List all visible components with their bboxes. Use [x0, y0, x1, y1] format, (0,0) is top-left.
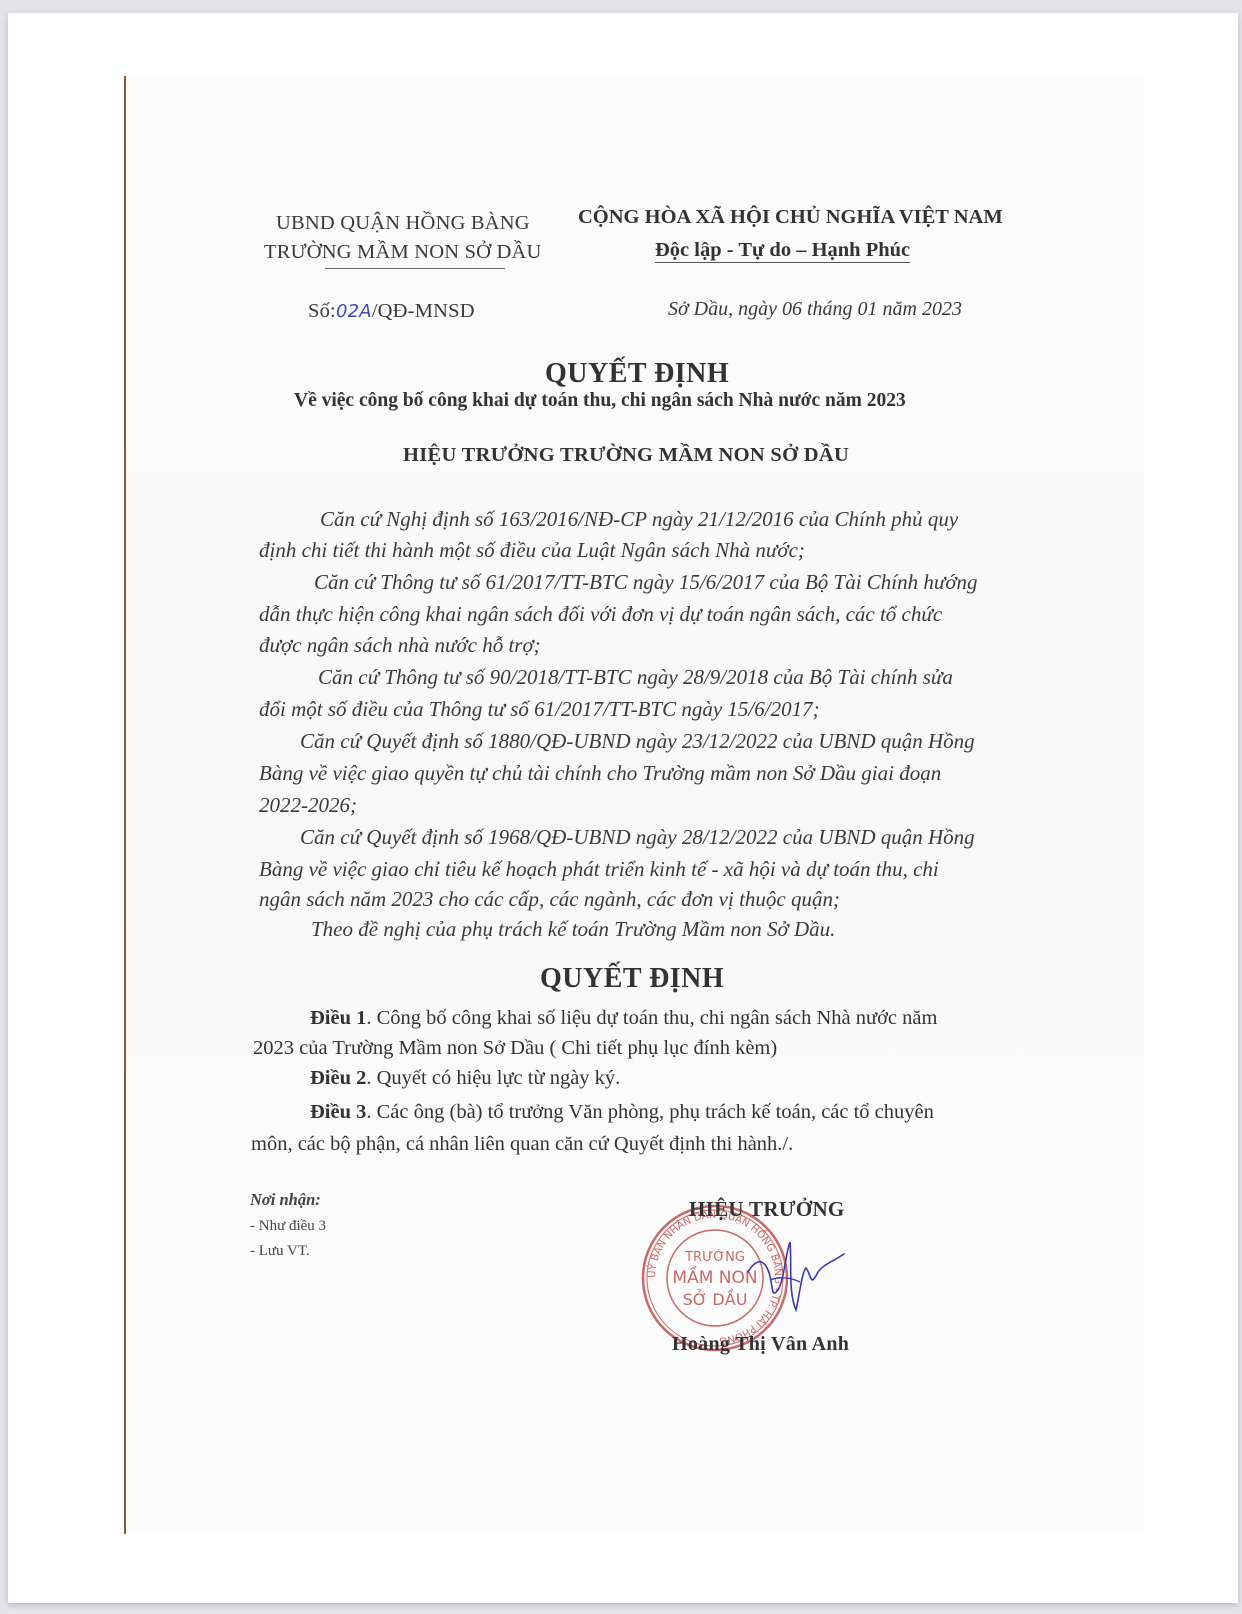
school-name: TRƯỜNG MẦM NON SỞ DẦU — [264, 241, 542, 264]
country-name: CỘNG HÒA XÃ HỘI CHỦ NGHĨA VIỆT NAM — [578, 206, 1003, 229]
svg-text:TRƯỜNG: TRƯỜNG — [684, 1249, 745, 1265]
basis-2-line-2: dẫn thực hiện công khai ngân sách đối vớ… — [259, 602, 942, 627]
article-3-line-2: môn, các bộ phận, cá nhân liên quan căn … — [251, 1133, 793, 1156]
agency-name: UBND QUẬN HỒNG BÀNG — [276, 212, 530, 235]
article-3-line-1: Điều 3. Các ông (bà) tổ trưởng Văn phòng… — [310, 1101, 934, 1124]
basis-5-line-2: Bàng về việc giao chỉ tiêu kế hoạch phát… — [259, 857, 939, 882]
document-date: Sở Dầu, ngày 06 tháng 01 năm 2023 — [668, 298, 962, 321]
handwritten-number: 02A — [336, 301, 372, 322]
basis-1-line-1: Căn cứ Nghị định số 163/2016/NĐ-CP ngày … — [320, 507, 958, 532]
article-2-text: . Quyết có hiệu lực từ ngày ký. — [366, 1067, 620, 1089]
basis-5-line-3: ngân sách năm 2023 cho các cấp, các ngàn… — [259, 887, 840, 912]
school-name-underline — [325, 268, 505, 269]
issuing-authority: HIỆU TRƯỞNG TRƯỜNG MẦM NON SỞ DẦU — [403, 444, 849, 467]
article-3-label: Điều 3 — [310, 1101, 366, 1123]
motto: Độc lập - Tự do – Hạnh Phúc — [655, 239, 910, 262]
recipient-item: - Lưu VT. — [250, 1243, 310, 1260]
recipients-label: Nơi nhận: — [250, 1190, 321, 1210]
basis-4-line-2: Bàng về việc giao quyền tự chủ tài chính… — [259, 761, 941, 786]
basis-1-line-2: định chi tiết thi hành một số điều của L… — [259, 538, 805, 563]
number-suffix: /QĐ-MNSD — [372, 300, 475, 322]
signer-name: Hoàng Thị Vân Anh — [672, 1333, 849, 1356]
document-subtitle: Về việc công bố công khai dự toán thu, c… — [294, 390, 906, 412]
article-2: Điều 2. Quyết có hiệu lực từ ngày ký. — [310, 1067, 620, 1090]
number-prefix: Số: — [308, 300, 336, 322]
article-1-text: . Công bố công khai số liệu dự toán thu,… — [366, 1007, 937, 1029]
school-name-text: TRƯỜNG MẦM NON SỞ DẦU — [264, 241, 542, 263]
article-1-label: Điều 1 — [310, 1007, 366, 1029]
basis-2-line-3: được ngân sách nhà nước hỗ trợ; — [259, 633, 541, 658]
basis-6-line-1: Theo đề nghị của phụ trách kế toán Trườn… — [311, 917, 835, 942]
motto-text: Độc lập - Tự do – Hạnh Phúc — [655, 239, 910, 263]
article-3-text: . Các ông (bà) tổ trưởng Văn phòng, phụ … — [366, 1101, 934, 1123]
article-1-line-1: Điều 1. Công bố công khai số liệu dự toá… — [310, 1007, 937, 1030]
decision-heading: QUYẾT ĐỊNH — [540, 963, 724, 995]
basis-3-line-2: đổi một số điều của Thông tư số 61/2017/… — [259, 697, 820, 722]
handwritten-signature — [740, 1232, 850, 1327]
paper-edge — [124, 76, 126, 1534]
article-2-label: Điều 2 — [310, 1067, 366, 1089]
basis-3-line-1: Căn cứ Thông tư số 90/2018/TT-BTC ngày 2… — [318, 665, 953, 690]
recipient-item: - Như điều 3 — [250, 1218, 326, 1235]
basis-4-line-3: 2022-2026; — [259, 793, 357, 818]
document-title: QUYẾT ĐỊNH — [545, 358, 729, 390]
basis-5-line-1: Căn cứ Quyết định số 1968/QĐ-UBND ngày 2… — [300, 825, 975, 850]
basis-4-line-1: Căn cứ Quyết định số 1880/QĐ-UBND ngày 2… — [300, 729, 975, 754]
signer-position: HIỆU TRƯỞNG — [689, 1197, 845, 1222]
document-number: Số:02A/QĐ-MNSD — [308, 300, 475, 323]
svg-text:SỞ DẦU: SỞ DẦU — [683, 1288, 748, 1309]
article-1-line-2: 2023 của Trường Mầm non Sở Dầu ( Chi tiế… — [253, 1037, 777, 1060]
basis-2-line-1: Căn cứ Thông tư số 61/2017/TT-BTC ngày 1… — [314, 570, 978, 595]
